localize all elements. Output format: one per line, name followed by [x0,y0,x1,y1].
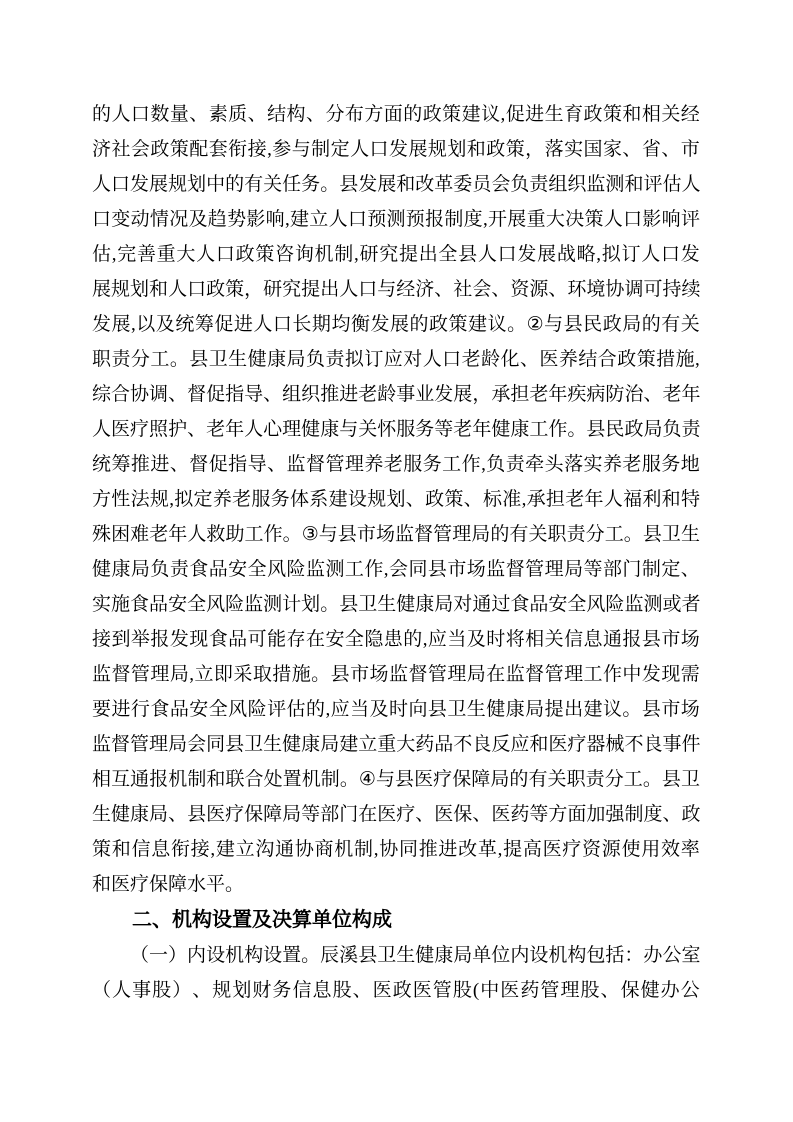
text-line: 殊困难老年人救助工作。③与县市场监督管理局的有关职责分工。县卫生 [92,517,700,552]
text-line: 监督管理局会同县卫生健康局建立重大药品不良反应和医疗器械不良事件 [92,727,700,762]
text-line: 监督管理局,立即采取措施。县市场监督管理局在监督管理工作中发现需 [92,657,700,692]
text-line: 和医疗保障水平。 [92,867,700,902]
text-line: 的人口数量、素质、结构、分布方面的政策建议,促进生育政策和相关经 [92,97,700,132]
section-heading: 二、机构设置及决算单位构成 [92,902,700,938]
text-line: 济社会政策配套衔接,参与制定人口发展规划和政策，落实国家、省、市 [92,132,700,167]
text-line: 展规划和人口政策，研究提出人口与经济、社会、资源、环境协调可持续 [92,272,700,307]
text-line: 人口发展规划中的有关任务。县发展和改革委员会负责组织监测和评估人 [92,167,700,202]
text-line: 接到举报发现食品可能存在安全隐患的,应当及时将相关信息通报县市场 [92,622,700,657]
text-line: 实施食品安全风险监测计划。县卫生健康局对通过食品安全风险监测或者 [92,587,700,622]
text-line: 综合协调、督促指导、组织推进老龄事业发展，承担老年疾病防治、老年 [92,377,700,412]
text-line: 统筹推进、督促指导、监督管理养老服务工作,负责牵头落实养老服务地 [92,447,700,482]
text-line: 生健康局、县医疗保障局等部门在医疗、医保、医药等方面加强制度、政 [92,797,700,832]
text-line: 方性法规,拟定养老服务体系建设规划、政策、标准,承担老年人福利和特 [92,482,700,517]
text-line: 人医疗照护、老年人心理健康与关怀服务等老年健康工作。县民政局负责 [92,412,700,447]
document-page: 的人口数量、素质、结构、分布方面的政策建议,促进生育政策和相关经济社会政策配套衔… [0,0,793,1122]
text-line: （人事股）、规划财务信息股、医政医管股(中医药管理股、保健办公 [92,973,700,1008]
text-line: 策和信息衔接,建立沟通协商机制,协同推进改革,提高医疗资源使用效率 [92,832,700,867]
text-line: 要进行食品安全风险评估的,应当及时向县卫生健康局提出建议。县市场 [92,692,700,727]
text-line: 相互通报机制和联合处置机制。④与县医疗保障局的有关职责分工。县卫 [92,762,700,797]
text-line: 职责分工。县卫生健康局负责拟订应对人口老龄化、医养结合政策措施, [92,342,700,377]
text-line: 健康局负责食品安全风险监测工作,会同县市场监督管理局等部门制定、 [92,552,700,587]
text-line: 估,完善重大人口政策咨询机制,研究提出全县人口发展战略,拟订人口发 [92,237,700,272]
text-line: 口变动情况及趋势影响,建立人口预测预报制度,开展重大决策人口影响评 [92,202,700,237]
text-line: （一）内设机构设置。辰溪县卫生健康局单位内设机构包括：办公室 [92,938,700,973]
text-line: 发展,以及统筹促进人口长期均衡发展的政策建议。②与县民政局的有关 [92,307,700,342]
document-body: 的人口数量、素质、结构、分布方面的政策建议,促进生育政策和相关经济社会政策配套衔… [92,97,700,1008]
